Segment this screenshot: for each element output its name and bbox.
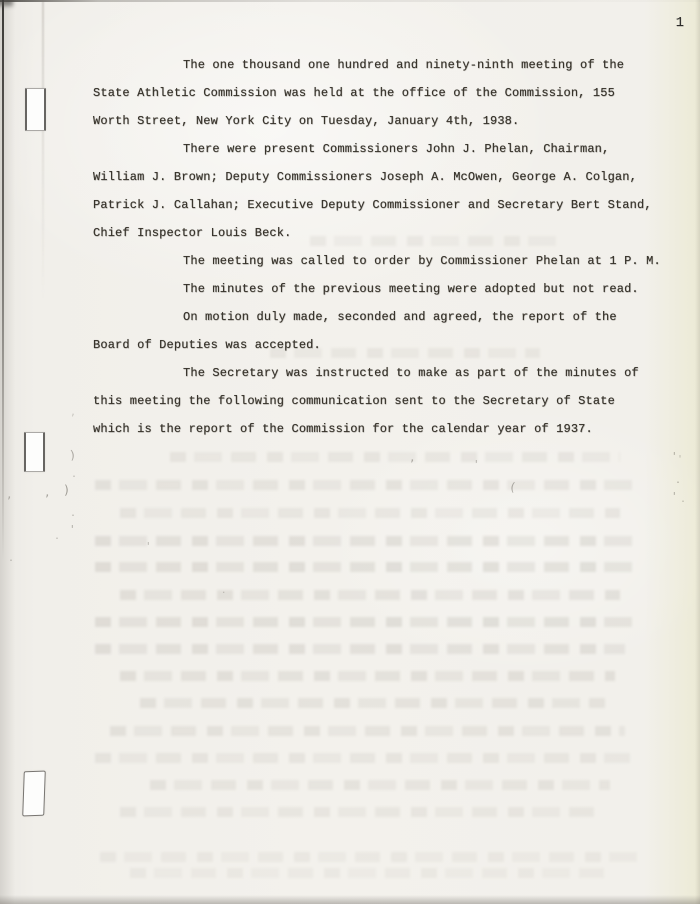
text-line: State Athletic Commission was held at th… xyxy=(93,79,638,107)
ink-speck: ( xyxy=(508,481,517,494)
ink-speck: . xyxy=(8,554,14,564)
ghost-line xyxy=(95,480,635,490)
ghost-line xyxy=(100,852,640,862)
page-edge-right xyxy=(695,0,700,904)
ghost-line xyxy=(270,348,540,358)
ghost-line xyxy=(170,452,620,462)
ink-speck: . xyxy=(71,470,77,480)
ghost-line xyxy=(120,807,595,817)
ink-speck: . xyxy=(680,495,686,505)
ghost-line xyxy=(95,562,640,572)
ink-speck: ' xyxy=(677,455,683,465)
scanned-page: 1 The one thousand one hundred and ninet… xyxy=(0,0,700,904)
ink-speck: . xyxy=(675,476,681,486)
binding-cutout-middle xyxy=(24,432,45,472)
ink-speck: . xyxy=(70,509,76,519)
text-line: William J. Brown; Deputy Commissioners J… xyxy=(93,163,638,191)
corner-smudge xyxy=(0,0,13,6)
text-line: The minutes of the previous meeting were… xyxy=(93,275,638,303)
text-line: The Secretary was instructed to make as … xyxy=(93,359,638,387)
ghost-line xyxy=(95,753,630,763)
ink-speck: ' xyxy=(69,524,76,535)
paper-crease xyxy=(42,0,44,300)
ghost-line xyxy=(310,236,560,246)
page-edge-top xyxy=(0,0,700,2)
ghost-line xyxy=(110,726,625,736)
ink-speck: , xyxy=(70,408,76,418)
ghost-line xyxy=(120,508,620,518)
text-line: Patrick J. Callahan; Executive Deputy Co… xyxy=(93,191,638,219)
ghost-line xyxy=(95,644,625,654)
ink-speck: ' xyxy=(671,491,678,502)
ghost-line xyxy=(120,590,620,600)
ghost-line xyxy=(95,617,635,627)
ink-speck: . xyxy=(54,532,60,542)
text-line: this meeting the following communication… xyxy=(93,387,638,415)
ink-speck: ' xyxy=(145,541,152,552)
ink-speck: . xyxy=(221,587,226,596)
text-line: Worth Street, New York City on Tuesday, … xyxy=(93,107,638,135)
ink-speck: ) xyxy=(63,484,70,496)
ghost-line xyxy=(95,536,635,546)
ink-speck: , xyxy=(6,489,13,500)
ghost-line xyxy=(120,671,615,681)
page-number: 1 xyxy=(676,15,684,31)
minutes-text: The one thousand one hundred and ninety-… xyxy=(93,51,638,443)
text-line: There were present Commissioners John J.… xyxy=(93,135,638,163)
binding-cutout-bottom xyxy=(22,771,46,817)
ghost-line xyxy=(130,868,610,878)
page-edge-left xyxy=(2,0,4,560)
ghost-line xyxy=(150,780,610,790)
text-line: The meeting was called to order by Commi… xyxy=(93,247,638,275)
text-line: The one thousand one hundred and ninety-… xyxy=(93,51,638,79)
binding-cutout-top xyxy=(25,88,46,131)
text-line: On motion duly made, seconded and agreed… xyxy=(93,303,638,331)
ink-speck: ' xyxy=(473,459,480,470)
page-edge-bottom xyxy=(0,895,700,904)
text-line: which is the report of the Commission fo… xyxy=(93,415,638,443)
ink-speck: , xyxy=(409,452,416,463)
ink-speck: ) xyxy=(68,449,76,462)
ink-speck: , xyxy=(44,487,51,498)
ghost-line xyxy=(140,698,605,708)
